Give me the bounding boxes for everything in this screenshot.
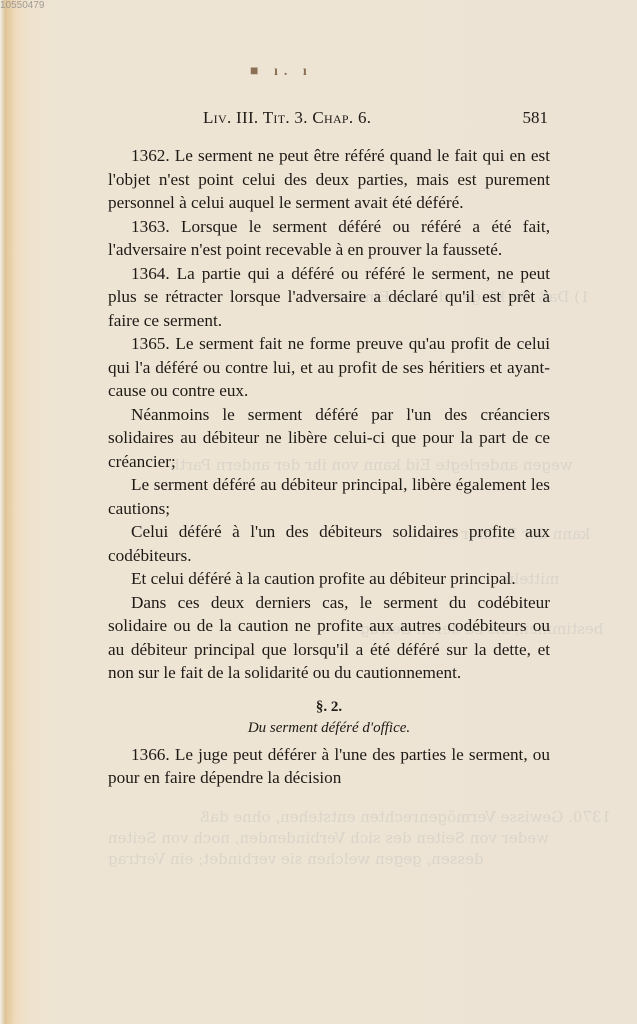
bleed-through-text: 1370. Gewisse Vermögenrechten entstehen,… bbox=[200, 808, 611, 826]
article-1362: 1362. Le serment ne peut être référé qua… bbox=[108, 144, 550, 215]
article-1363: 1363. Lorsque le serment déféré ou référ… bbox=[108, 215, 550, 262]
bleed-through-text: weder von Seiten des sich Verbindenden, … bbox=[108, 829, 549, 847]
article-1365: 1365. Le serment fait ne forme preuve qu… bbox=[108, 332, 550, 403]
paragraph: Dans ces deux derniers cas, le serment d… bbox=[108, 591, 550, 685]
running-head: Liv. III. Tit. 3. Chap. 6. 581 bbox=[203, 108, 548, 128]
body-text: 1362. Le serment ne peut être référé qua… bbox=[108, 144, 550, 790]
running-title: Liv. III. Tit. 3. Chap. 6. bbox=[203, 108, 371, 128]
article-1366: 1366. Le juge peut déférer à l'une des p… bbox=[108, 743, 550, 790]
section-title: Du serment déféré d'office. bbox=[108, 717, 550, 739]
paragraph: Et celui déféré à la caution profite au … bbox=[108, 567, 550, 591]
page-number: 581 bbox=[523, 108, 549, 128]
ink-blot: ■ ı. ı bbox=[250, 64, 313, 80]
paragraph: Celui déféré à l'un des débiteurs solida… bbox=[108, 520, 550, 567]
scan-id-label: 10550479 bbox=[0, 0, 45, 11]
page-gutter bbox=[0, 0, 6, 1024]
paragraph: Le serment déféré au débiteur principal,… bbox=[108, 473, 550, 520]
bleed-through-text: dessen, gegen welchen sie verbindet; ein… bbox=[108, 850, 484, 868]
paragraph: Néanmoins le serment déféré par l'un des… bbox=[108, 403, 550, 474]
scanned-book-page: 10550479 1) Daß die Klage oder die Einre… bbox=[0, 0, 637, 1024]
article-1364: 1364. La partie qui a déféré ou référé l… bbox=[108, 262, 550, 333]
section-number: §. 2. bbox=[108, 697, 550, 717]
